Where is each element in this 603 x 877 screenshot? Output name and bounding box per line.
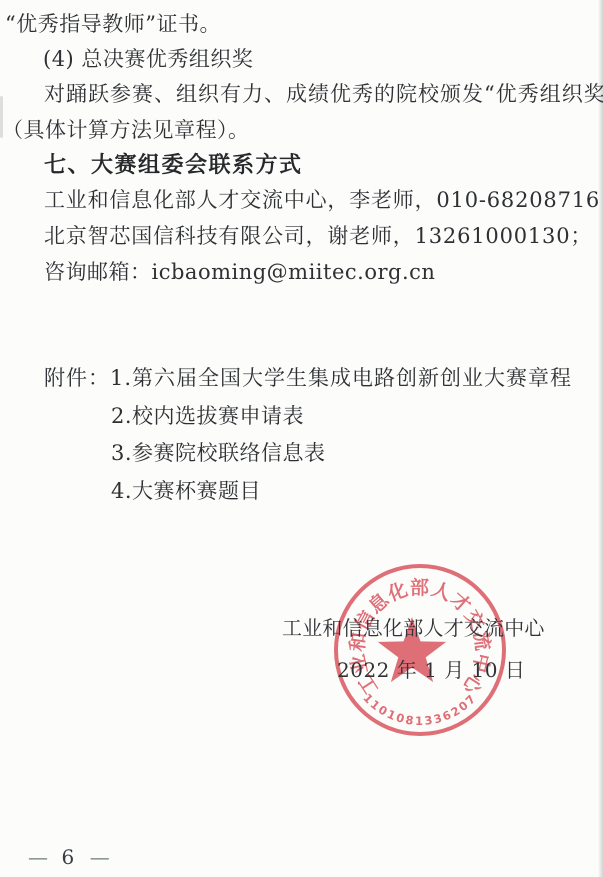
paragraph-certificate: “优秀指导教师”证书。 (5, 12, 221, 36)
attachment-item-4: 4.大赛杯赛题目 (111, 479, 261, 503)
attachments-row: 附件：1.第六届全国大学生集成电路创新创业大赛章程 (44, 366, 572, 390)
attachment-item-1: 1.第六届全国大学生集成电路创新创业大赛章程 (110, 366, 572, 390)
contact-line-email: 咨询邮箱：icbaoming@miitec.org.cn (44, 260, 435, 284)
paragraph-award-desc-line2: （具体计算方法见章程）。 (2, 118, 250, 142)
document-page: 工业和信息化部人才交流中心 1101081336207 “优秀指导教师”证书。 … (0, 0, 603, 877)
section-heading-contact: 七、大赛组委会联系方式 (44, 152, 303, 177)
signature-date: 2022 年 1 月 10 日 (337, 659, 525, 682)
paragraph-award-desc-line1: 对踊跃参赛、组织有力、成绩优秀的院校颁发“优秀组织奖” (44, 82, 603, 106)
signature-organization: 工业和信息化部人才交流中心 (282, 617, 545, 640)
scan-edge-shadow (598, 0, 603, 877)
attachments-label: 附件： (44, 366, 110, 390)
footer-left-dash: — (28, 845, 49, 869)
seal-ring (336, 566, 504, 734)
seal-number: 1101081336207 (360, 691, 479, 728)
svg-text:1101081336207: 1101081336207 (360, 691, 479, 728)
paragraph-award-item: (4) 总决赛优秀组织奖 (43, 47, 253, 71)
page-number: 6 (62, 845, 75, 869)
page-footer: —6— (28, 846, 110, 869)
footer-right-dash: — (90, 845, 111, 869)
scan-smudge (0, 96, 3, 138)
contact-line-phone1: 工业和信息化部人才交流中心，李老师，010-68208716； (44, 188, 603, 212)
attachment-item-2: 2.校内选拔赛申请表 (111, 404, 304, 428)
attachment-item-3: 3.参赛院校联络信息表 (111, 441, 326, 465)
contact-line-phone2: 北京智芯国信科技有限公司，谢老师，13261000130； (44, 224, 592, 248)
